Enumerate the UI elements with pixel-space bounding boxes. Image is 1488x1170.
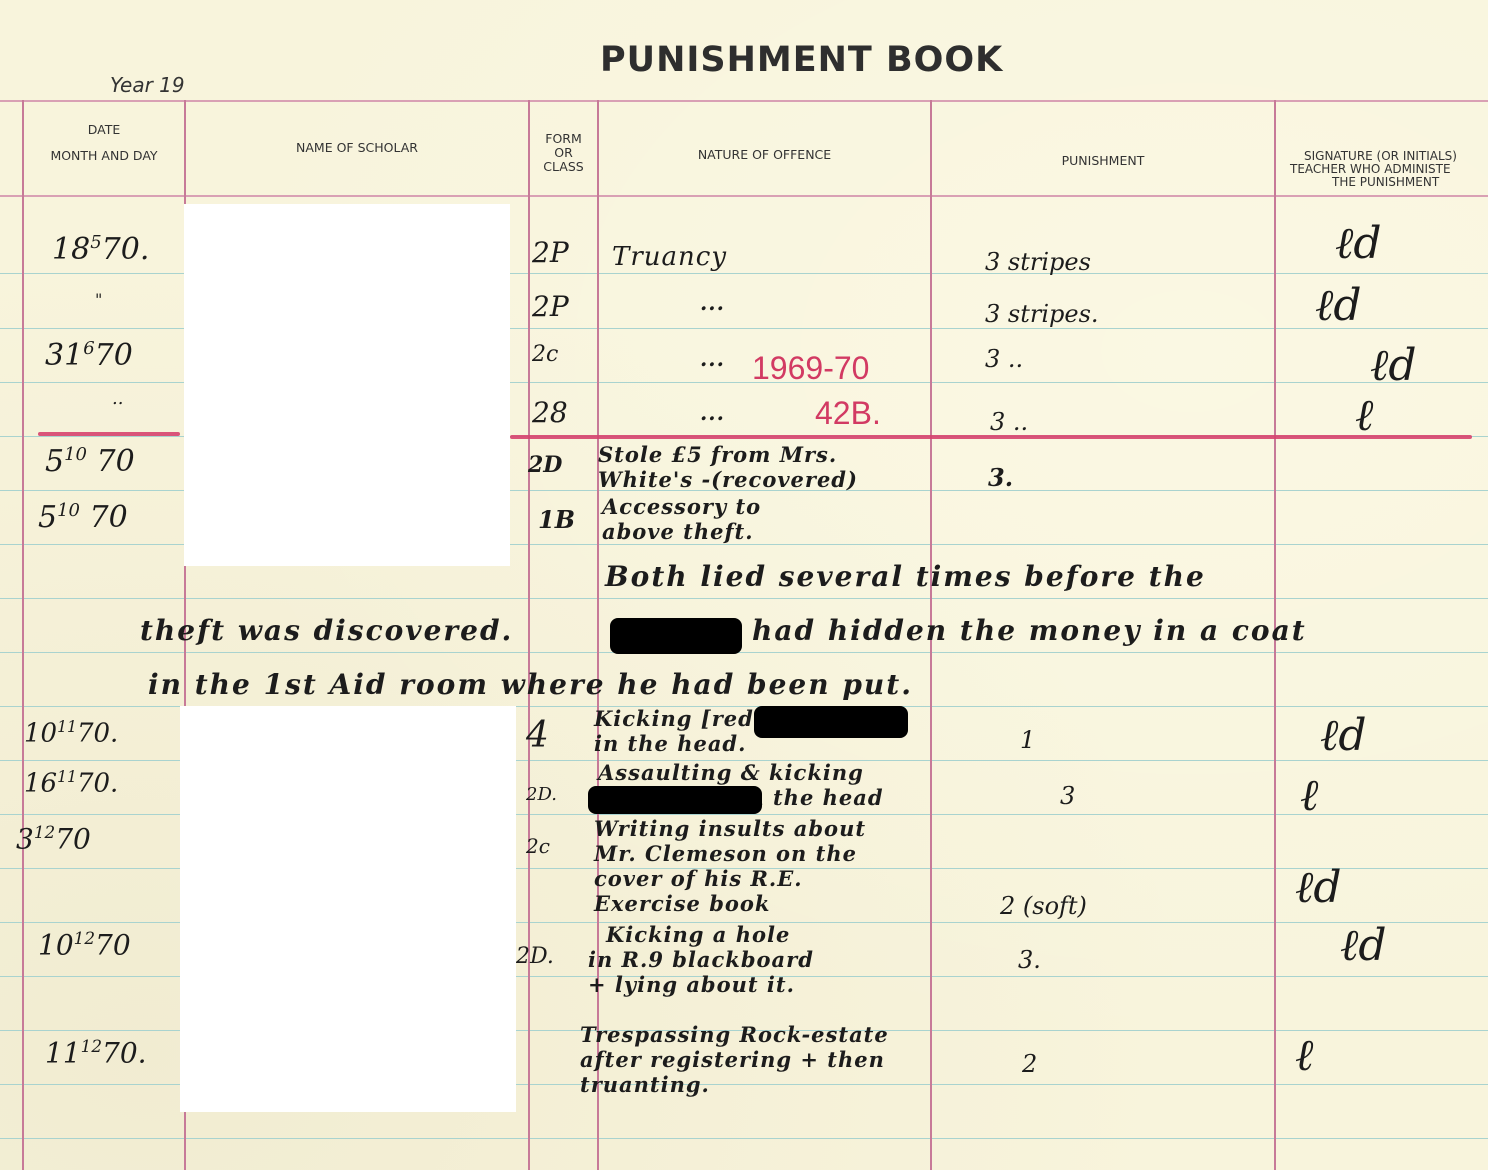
column-header-date-line2: MONTH AND DAY	[24, 149, 184, 163]
entry-signature: ℓd	[1320, 710, 1367, 761]
column-rule	[597, 100, 599, 1170]
column-header-form-line1: FORM	[530, 132, 597, 146]
header-top-rule	[0, 100, 1488, 102]
entry-signature: ℓ	[1355, 390, 1373, 441]
entry-date: 101270	[38, 928, 131, 961]
entry-signature: ℓ	[1300, 770, 1318, 821]
entry-offence-line: Mr. Clemeson on the	[594, 841, 866, 866]
year-label: Year 19	[110, 73, 185, 97]
entry-form: 2D	[528, 452, 562, 478]
column-header-signature-line3: THE PUNISHMENT	[1290, 176, 1488, 189]
entry-signature: ℓd	[1340, 920, 1387, 971]
entry-offence-line: Exercise book	[594, 891, 866, 916]
entry-date: "	[95, 290, 102, 309]
entry-offence-line: + lying about it.	[588, 972, 814, 997]
entry-offence: Truancy	[612, 245, 727, 270]
redaction-bar	[754, 706, 908, 738]
punishment-book-page: PUNISHMENT BOOK Year 19 DATE MONTH AND D…	[0, 0, 1488, 1170]
entry-punishment: 2 (soft)	[1000, 892, 1087, 920]
feint-rule	[0, 1138, 1488, 1139]
entry-offence: ...	[700, 346, 725, 371]
entry-punishment: 3 ..	[985, 345, 1023, 373]
entry-offence-line: in R.9 blackboard	[588, 947, 814, 972]
column-header-offence: NATURE OF OFFENCE	[599, 148, 930, 162]
narrative-note-line3: in the 1st Aid room where he had been pu…	[148, 668, 913, 701]
entry-offence: Kicking a hole in R.9 blackboard + lying…	[588, 922, 814, 997]
school-year-annotation: 1969-70	[752, 350, 869, 387]
entry-form: 28	[532, 396, 568, 429]
redaction-bar	[610, 618, 742, 654]
column-header-punishment: PUNISHMENT	[932, 154, 1274, 168]
entry-form: 2D.	[516, 944, 554, 969]
entry-offence-line: cover of his R.E.	[594, 866, 866, 891]
entry-form: 2c	[526, 834, 550, 858]
entry-punishment: 1	[1020, 726, 1035, 754]
narrative-note-line2a: theft was discovered.	[140, 614, 513, 647]
entry-signature: ℓd	[1370, 340, 1417, 391]
column-rule	[528, 100, 530, 1170]
entry-offence: Writing insults about Mr. Clemeson on th…	[594, 816, 866, 916]
entry-offence-line: Kicking a hole	[588, 922, 814, 947]
column-header-signature: SIGNATURE (OR INITIALS) TEACHER WHO ADMI…	[1290, 150, 1488, 189]
entry-form: 2c	[532, 342, 558, 367]
entry-date: 31670	[45, 338, 133, 373]
entry-offence: Stole £5 from Mrs. White's -(recovered)	[598, 442, 858, 492]
entry-date: 101170.	[24, 718, 118, 749]
term-divider-rule	[38, 432, 180, 436]
name-redaction-block	[180, 706, 516, 1112]
entry-form: 1B	[538, 505, 575, 534]
column-header-date-line1: DATE	[24, 123, 184, 137]
entry-punishment: 3.	[1018, 946, 1041, 974]
entry-signature: ℓd	[1295, 862, 1342, 913]
feint-rule	[0, 598, 1488, 599]
column-header-form-line2: OR	[530, 146, 597, 160]
entry-offence-line: above theft.	[602, 519, 761, 544]
entry-signature: ℓ	[1295, 1030, 1313, 1081]
entry-date: 161170.	[24, 768, 118, 799]
entry-offence-line: Trespassing Rock-estate	[580, 1022, 889, 1047]
entry-offence-line: Accessory to	[602, 494, 761, 519]
entry-offence-line: Stole £5 from Mrs.	[598, 442, 858, 467]
narrative-note-line1: Both lied several times before the	[605, 560, 1206, 593]
column-header-name: NAME OF SCHOLAR	[186, 141, 528, 155]
entry-offence: Accessory to above theft.	[602, 494, 761, 544]
feint-rule	[0, 652, 1488, 653]
entry-punishment: 2	[1022, 1050, 1037, 1078]
entry-punishment: 3 ..	[990, 408, 1028, 436]
entry-offence: ...	[700, 400, 725, 425]
narrative-note-line2b: had hidden the money in a coat	[752, 614, 1307, 647]
entry-signature: ℓd	[1335, 218, 1382, 269]
entry-offence-line: White's -(recovered)	[598, 467, 858, 492]
entry-offence-line: after registering + then	[580, 1047, 889, 1072]
entry-date: 111270.	[45, 1036, 147, 1069]
entry-punishment: 3 stripes.	[985, 300, 1099, 328]
name-redaction-block	[184, 204, 510, 566]
entry-date: ..	[112, 388, 123, 409]
entry-offence-line: Writing insults about	[594, 816, 866, 841]
redaction-bar	[588, 786, 762, 814]
column-header-form: FORM OR CLASS	[530, 132, 597, 173]
entry-form: 4	[526, 715, 549, 756]
entry-date: 510 70	[38, 500, 128, 535]
column-header-form-line3: CLASS	[530, 160, 597, 174]
entry-form: 2P	[532, 236, 569, 269]
entry-offence: ...	[700, 290, 725, 315]
entry-date: 31270	[16, 822, 91, 855]
entry-offence: Trespassing Rock-estate after registerin…	[580, 1022, 889, 1097]
entry-form: 2D.	[526, 784, 557, 805]
entry-punishment: 3	[1060, 782, 1075, 810]
column-rule	[22, 100, 24, 1170]
entry-date: 510 70	[45, 444, 135, 479]
entry-punishment: 3 stripes	[985, 248, 1091, 276]
entry-offence-line: Assaulting & kicking	[598, 760, 884, 785]
reference-annotation: 42B.	[815, 395, 881, 432]
header-bottom-rule	[0, 195, 1488, 197]
entry-signature: ℓd	[1315, 280, 1362, 331]
page-title: PUNISHMENT BOOK	[600, 40, 1005, 80]
entry-date: 18570.	[52, 232, 149, 267]
entry-punishment: 3.	[988, 463, 1013, 492]
column-header-date: DATE MONTH AND DAY	[24, 123, 184, 163]
entry-form: 2P	[532, 290, 569, 323]
entry-offence-line: truanting.	[580, 1072, 889, 1097]
